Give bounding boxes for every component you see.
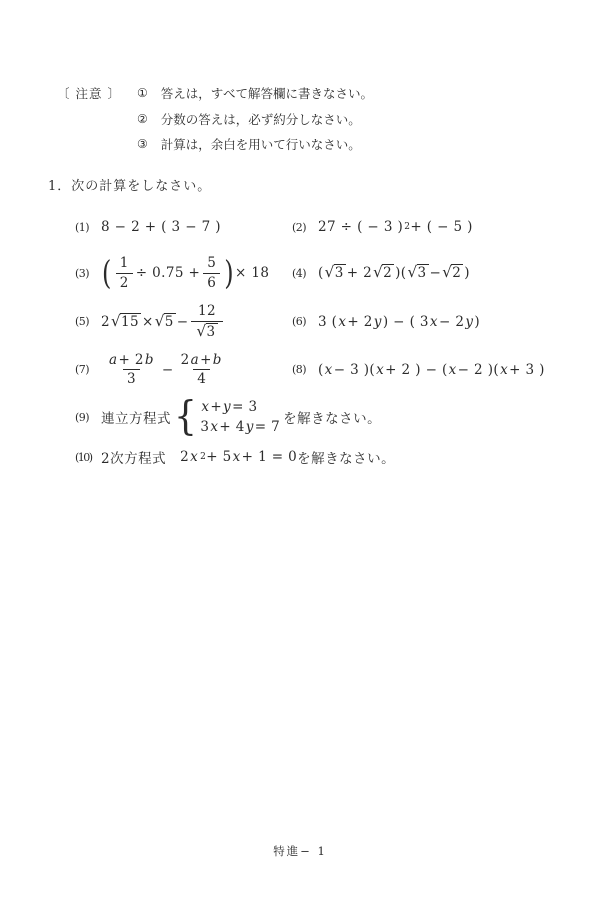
fraction: 12√3 xyxy=(191,303,222,341)
fraction-denominator: 4 xyxy=(193,369,210,388)
system-line: 3x + 4y = 7 xyxy=(200,419,280,435)
problem-number: (6) xyxy=(292,315,318,328)
math-text: − xyxy=(162,362,174,378)
radicand: 3 xyxy=(334,264,346,282)
fraction-numerator: 2 a + b xyxy=(177,352,227,370)
notice-item-text: 分数の答えは，必ず約分しなさい。 xyxy=(161,112,361,127)
notice-item-text: 計算は，余白を用いて行いなさい。 xyxy=(161,137,361,152)
radicand: 2 xyxy=(451,264,463,282)
problems-list: (1)8 − 2 + ( 3 − 7 )(2)27 ÷ ( − 3 )2 + (… xyxy=(75,216,580,479)
fraction-denominator: √3 xyxy=(191,321,222,341)
math-text: 15 xyxy=(121,314,139,330)
problem-row: (1)8 − 2 + ( 3 − 7 )(2)27 ÷ ( − 3 )2 + (… xyxy=(75,216,580,238)
problem: (10)2次方程式 2x2 + 5x + 1 = 0 を解きなさい。 xyxy=(75,447,580,467)
math-variable: b xyxy=(144,352,155,369)
math-variable: y xyxy=(222,399,232,415)
math-text: 2 xyxy=(101,314,110,330)
math-variable: x xyxy=(337,314,347,330)
problem-number: (9) xyxy=(75,411,101,424)
math-variable: x xyxy=(448,362,458,378)
math-text: − xyxy=(430,265,442,281)
problem-expression: 2 √15 × √5 − 12√3 xyxy=(101,303,226,341)
math-text: = 3 xyxy=(232,399,257,415)
problem: (5)2 √15 × √5 − 12√3 xyxy=(75,303,292,341)
fraction-denominator: 6 xyxy=(203,273,220,292)
math-text: 2 xyxy=(383,265,392,281)
fraction: a + 2 b3 xyxy=(104,352,159,389)
problem-expression: 8 − 2 + ( 3 − 7 ) xyxy=(101,219,221,235)
problem-expression: 27 ÷ ( − 3 )2 + ( − 5 ) xyxy=(318,219,473,235)
problem-number: (1) xyxy=(75,221,101,234)
math-text: 3 xyxy=(418,265,427,281)
fraction-numerator: 1 xyxy=(116,255,133,273)
sqrt-expression: √15 xyxy=(111,313,141,331)
math-text: = 7 xyxy=(255,419,280,435)
exam-page: 〔 注意 〕 ①答えは，すべて解答欄に書きなさい。②分数の答えは，必ず約分しなさ… xyxy=(0,0,600,900)
fraction: 12 xyxy=(116,255,133,292)
math-text: ÷ 0.75 + xyxy=(136,265,200,281)
math-text: + 4 xyxy=(219,419,244,435)
notice-item-text: 答えは，すべて解答欄に書きなさい。 xyxy=(161,86,373,101)
page-footer: 特進− 1 xyxy=(0,843,600,859)
math-text: + xyxy=(210,399,222,415)
math-text: + 2 ) − ( xyxy=(385,362,448,378)
problem-number: (4) xyxy=(292,267,318,280)
math-text: 3 xyxy=(127,371,136,388)
math-text: + 5 xyxy=(206,449,231,465)
sqrt-expression: √2 xyxy=(373,264,394,282)
math-text: + 1 = 0 xyxy=(242,449,297,465)
radicand: 2 xyxy=(382,264,394,282)
math-text: ) − ( 3 xyxy=(383,314,429,330)
problem: (7)a + 2 b3 − 2 a + b4 xyxy=(75,352,292,389)
math-text: + 2 xyxy=(347,314,372,330)
math-text: )( xyxy=(395,265,406,281)
problem-expression: ( x − 3 )( x + 2 ) − ( x − 2 )( x + 3 ) xyxy=(318,362,545,378)
math-text: 5 xyxy=(165,314,174,330)
math-variable: x xyxy=(200,399,210,415)
sqrt-expression: √5 xyxy=(155,313,176,331)
math-text: × xyxy=(142,314,154,330)
problem-expression: 2次方程式 2x2 + 5x + 1 = 0 を解きなさい。 xyxy=(101,447,395,467)
radicand: 3 xyxy=(206,323,218,341)
radicand: 5 xyxy=(164,313,176,331)
math-variable: x xyxy=(375,362,385,378)
math-variable: b xyxy=(212,352,223,369)
big-paren: ) xyxy=(224,257,234,289)
math-variable: y xyxy=(245,419,255,435)
problem: (3)(12 ÷ 0.75 + 56) × 18 xyxy=(75,255,292,292)
fraction-numerator: a + 2 b xyxy=(104,352,159,370)
problem-instruction-text: 2次方程式 xyxy=(101,447,180,467)
problem-number: (7) xyxy=(75,363,101,376)
math-variable: x xyxy=(429,314,439,330)
brace-icon: { xyxy=(174,397,197,437)
math-text: ( xyxy=(318,265,324,281)
math-text: 2 xyxy=(180,449,189,465)
math-variable: x xyxy=(209,419,219,435)
notice-item-number: ② xyxy=(137,112,148,127)
problem: (2)27 ÷ ( − 3 )2 + ( − 5 ) xyxy=(292,219,580,235)
fraction: 56 xyxy=(203,255,220,292)
math-text: + ( − 5 ) xyxy=(410,219,473,235)
radicand: 3 xyxy=(417,264,429,282)
problem-number: (5) xyxy=(75,315,101,328)
math-text: × 18 xyxy=(235,265,269,281)
fraction-numerator: 12 xyxy=(194,303,220,321)
notice-block: 〔 注意 〕 ①答えは，すべて解答欄に書きなさい。②分数の答えは，必ず約分しなさ… xyxy=(57,86,373,163)
problem-row: (3)(12 ÷ 0.75 + 56) × 18(4)( √3 + 2 √2 )… xyxy=(75,255,580,292)
math-text: 3 xyxy=(200,419,209,435)
fraction: 2 a + b4 xyxy=(177,352,227,389)
problem: (8)( x − 3 )( x + 2 ) − ( x − 2 )( x + 3… xyxy=(292,362,580,378)
problem-row: (7)a + 2 b3 − 2 a + b4(8)( x − 3 )( x + … xyxy=(75,352,580,389)
math-text: + 2 xyxy=(347,265,372,281)
sqrt-expression: √2 xyxy=(442,264,463,282)
math-variable: x xyxy=(189,449,199,465)
system-lines: x + y = 33x + 4y = 7 xyxy=(200,399,280,435)
notice-item: ①答えは，すべて解答欄に書きなさい。 xyxy=(137,86,373,101)
math-variable: x xyxy=(232,449,242,465)
math-text: 4 xyxy=(197,371,206,388)
notice-item-number: ① xyxy=(137,86,148,101)
problem-expression: a + 2 b3 − 2 a + b4 xyxy=(101,352,230,389)
math-text: ) xyxy=(464,265,470,281)
problem-number: (3) xyxy=(75,267,101,280)
problem: (1)8 − 2 + ( 3 − 7 ) xyxy=(75,219,292,235)
system-line: x + y = 3 xyxy=(200,399,280,415)
problem: (9)連立方程式 {x + y = 33x + 4y = 7 を解きなさい。 xyxy=(75,399,580,435)
math-variable: x xyxy=(499,362,509,378)
math-text: + xyxy=(200,352,212,369)
math-text: 1 xyxy=(120,255,129,272)
math-text: − 2 xyxy=(439,314,464,330)
math-text: 8 − 2 + ( 3 − 7 ) xyxy=(101,219,221,235)
notice-item: ③計算は，余白を用いて行いなさい。 xyxy=(137,137,373,152)
fraction-denominator: 2 xyxy=(116,273,133,292)
problem-instruction-text: を解きなさい。 xyxy=(283,407,381,427)
math-variable: x xyxy=(324,362,334,378)
math-text: 2 xyxy=(120,275,129,292)
fraction-denominator: 3 xyxy=(123,369,140,388)
math-text: 3 xyxy=(207,324,216,340)
math-text: − 2 )( xyxy=(458,362,499,378)
math-text: 5 xyxy=(207,255,216,272)
problem: (4)( √3 + 2 √2 )( √3 − √2 ) xyxy=(292,264,580,282)
math-text: 3 xyxy=(335,265,344,281)
problem: (6)3 ( x + 2 y ) − ( 3 x − 2 y ) xyxy=(292,314,580,330)
problem-instruction-text: 連立方程式 xyxy=(101,407,171,427)
sqrt-expression: √3 xyxy=(196,323,217,341)
problem-expression: 連立方程式 {x + y = 33x + 4y = 7 を解きなさい。 xyxy=(101,399,381,435)
math-text: 12 xyxy=(198,303,216,320)
math-text: 2 xyxy=(452,265,461,281)
notice-items: ①答えは，すべて解答欄に書きなさい。②分数の答えは，必ず約分しなさい。③計算は，… xyxy=(137,86,373,163)
sqrt-expression: √3 xyxy=(325,264,346,282)
problem-expression: ( √3 + 2 √2 )( √3 − √2 ) xyxy=(318,264,470,282)
math-text: 3 ( xyxy=(318,314,337,330)
section-title: 1．次の計算をしなさい。 xyxy=(48,175,211,194)
math-variable: y xyxy=(373,314,383,330)
problem-expression: (12 ÷ 0.75 + 56) × 18 xyxy=(101,255,269,292)
problem-row: (10)2次方程式 2x2 + 5x + 1 = 0 を解きなさい。 xyxy=(75,446,580,468)
math-text: ) xyxy=(474,314,480,330)
sqrt-expression: √3 xyxy=(407,264,428,282)
math-text: 2 xyxy=(181,352,190,369)
big-paren: ( xyxy=(102,257,112,289)
problem-number: (8) xyxy=(292,363,318,376)
problem-expression: 3 ( x + 2 y ) − ( 3 x − 2 y ) xyxy=(318,314,480,330)
radicand: 15 xyxy=(120,313,141,331)
notice-label: 〔 注意 〕 xyxy=(57,86,121,101)
problem-number: (2) xyxy=(292,221,318,234)
problem-number: (10) xyxy=(75,451,101,464)
problem-row: (9)連立方程式 {x + y = 33x + 4y = 7 を解きなさい。 xyxy=(75,399,580,435)
notice-item-number: ③ xyxy=(137,137,148,152)
math-variable: a xyxy=(190,352,200,369)
math-text: + 2 xyxy=(118,352,143,369)
equation-system: {x + y = 33x + 4y = 7 xyxy=(174,399,280,435)
math-text: 6 xyxy=(207,275,216,292)
math-text: 27 ÷ ( − 3 ) xyxy=(318,219,403,235)
problem-instruction-text: を解きなさい。 xyxy=(297,447,395,467)
notice-item: ②分数の答えは，必ず約分しなさい。 xyxy=(137,112,373,127)
math-text: − 3 )( xyxy=(334,362,375,378)
math-text: − xyxy=(177,314,189,330)
problem-row: (5)2 √15 × √5 − 12√3(6)3 ( x + 2 y ) − (… xyxy=(75,303,580,341)
math-text: + 3 ) xyxy=(509,362,545,378)
math-variable: a xyxy=(108,352,118,369)
math-variable: y xyxy=(464,314,474,330)
fraction-numerator: 5 xyxy=(203,255,220,273)
